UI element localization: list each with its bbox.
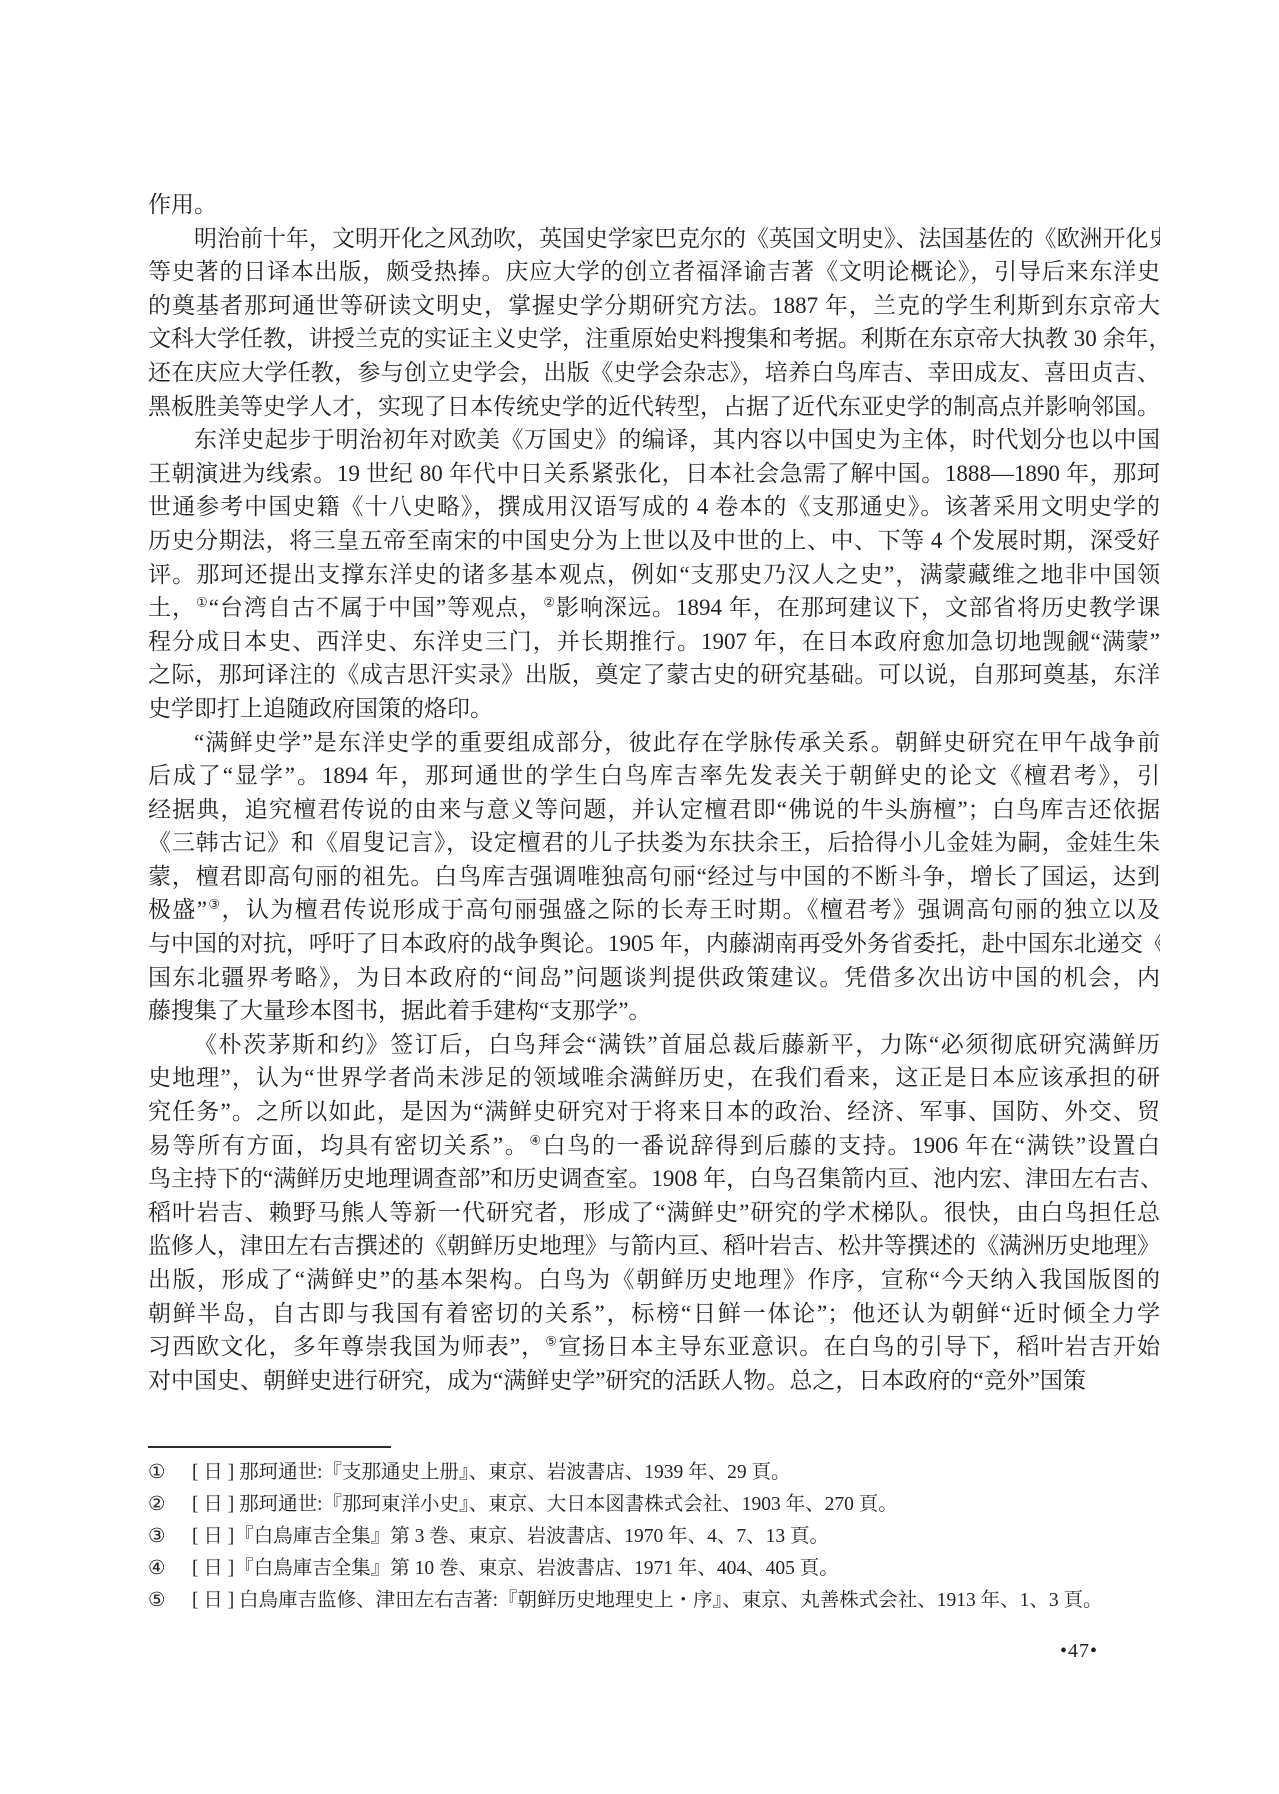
footnote-text: [ 日 ] 那珂通世:『支那通史上册』、東京、岩波書店、1939 年、29 頁。 <box>192 1458 1148 1488</box>
text-line: 黑板胜美等史学人才，实现了日本传统史学的近代转型，占据了近代东亚史学的制高点并影… <box>148 390 1160 424</box>
footnote-list: ①[ 日 ] 那珂通世:『支那通史上册』、東京、岩波書店、1939 年、29 頁… <box>148 1458 1148 1616</box>
text-line: 评。那珂还提出支撑东洋史的诸多基本观点，例如“支那史乃汉人之史”，满蒙藏维之地非… <box>148 558 1160 592</box>
text-line: 究任务”。之所以如此，是因为“满鲜史研究对于将来日本的政治、经济、军事、国防、外… <box>148 1095 1160 1129</box>
footnote-marker-inline: ⑤ <box>545 1334 558 1349</box>
text-line: 后成了“显学”。1894 年，那珂通世的学生白鸟库吉率先发表关于朝鲜史的论文《檀… <box>148 759 1160 793</box>
text-line: 的奠基者那珂通世等研读文明史，掌握史学分期研究方法。1887 年，兰克的学生利斯… <box>148 289 1160 323</box>
text-line: 东洋史起步于明治初年对欧美《万国史》的编译，其内容以中国史为主体，时代划分也以中… <box>148 423 1160 457</box>
text-line: 还在庆应大学任教，参与创立史学会，出版《史学会杂志》，培养白鸟库吉、幸田成友、喜… <box>148 356 1160 390</box>
text-line: “满鲜史学”是东洋史学的重要组成部分，彼此存在学脉传承关系。朝鲜史研究在甲午战争… <box>148 726 1160 760</box>
footnote-marker-inline: ① <box>196 594 209 609</box>
text-line: 史地理”，认为“世界学者尚未涉足的领域唯余满鲜历史，在我们看来，这正是日本应该承… <box>148 1061 1160 1095</box>
text-line: 世通参考中国史籍《十八史略》，撰成用汉语写成的 4 卷本的《支那通史》。该著采用… <box>148 490 1160 524</box>
text-line: 易等所有方面，均具有密切关系”。④白鸟的一番说辞得到后藤的支持。1906 年在“… <box>148 1129 1160 1163</box>
text-line: 稻叶岩吉、赖野马熊人等新一代研究者，形成了“满鲜史”研究的学术梯队。很快，由白鸟… <box>148 1196 1160 1230</box>
footnote-marker: ④ <box>148 1554 192 1584</box>
footnote-item: ②[ 日 ] 那珂通世:『那珂東洋小史』、東京、大日本図書株式会社、1903 年… <box>148 1490 1148 1520</box>
text-line: 王朝演进为线索。19 世纪 80 年代中日关系紧张化，日本社会急需了解中国。18… <box>148 457 1160 491</box>
article-body: 作用。明治前十年，文明开化之风劲吹，英国史学家巴克尔的《英国文明史》、法国基佐的… <box>148 188 1160 1397</box>
text-line: 极盛”③，认为檀君传说形成于高句丽强盛之际的长寿王时期。《檀君考》强调高句丽的独… <box>148 893 1160 927</box>
text-line: 历史分期法，将三皇五帝至南宋的中国史分为上世以及中世的上、中、下等 4 个发展时… <box>148 524 1160 558</box>
text-line: 等史著的日译本出版，颇受热捧。庆应大学的创立者福泽谕吉著《文明论概论》，引导后来… <box>148 255 1160 289</box>
footnote-section: ①[ 日 ] 那珂通世:『支那通史上册』、東京、岩波書店、1939 年、29 頁… <box>148 1446 1148 1618</box>
text-line: 《朴茨茅斯和约》签订后，白鸟拜会“满铁”首届总裁后藤新平，力陈“必须彻底研究满鲜… <box>148 1028 1160 1062</box>
footnote-marker: ③ <box>148 1522 192 1552</box>
text-line: 《三韩古记》和《眉叟记言》，设定檀君的儿子扶娄为东扶余王，后拾得小儿金娃为嗣，金… <box>148 826 1160 860</box>
paragraph: 《朴茨茅斯和约》签订后，白鸟拜会“满铁”首届总裁后藤新平，力陈“必须彻底研究满鲜… <box>148 1028 1160 1398</box>
footnote-text: [ 日 ]『白鳥庫吉全集』第 10 巻、東京、岩波書店、1971 年、404、4… <box>192 1554 1148 1584</box>
footnote-marker: ⑤ <box>148 1586 192 1616</box>
footnote-marker-inline: ③ <box>207 897 221 912</box>
footnote-item: ③[ 日 ]『白鳥庫吉全集』第 3 巻、東京、岩波書店、1970 年、4、7、1… <box>148 1522 1148 1552</box>
text-line: 鸟主持下的“满鲜历史地理调查部”和历史调查室。1908 年，白鸟召集箭内亘、池内… <box>148 1162 1160 1196</box>
paragraph: 东洋史起步于明治初年对欧美《万国史》的编译，其内容以中国史为主体，时代划分也以中… <box>148 423 1160 725</box>
document-page: 作用。明治前十年，文明开化之风劲吹，英国史学家巴克尔的《英国文明史》、法国基佐的… <box>0 0 1279 1794</box>
text-line: 程分成日本史、西洋史、东洋史三门，并长期推行。1907 年，在日本政府愈加急切地… <box>148 625 1160 659</box>
text-line: 作用。 <box>148 188 1160 222</box>
page-number: •47• <box>1060 1640 1098 1663</box>
paragraph: 明治前十年，文明开化之风劲吹，英国史学家巴克尔的《英国文明史》、法国基佐的《欧洲… <box>148 222 1160 424</box>
footnote-item: ①[ 日 ] 那珂通世:『支那通史上册』、東京、岩波書店、1939 年、29 頁… <box>148 1458 1148 1488</box>
footnote-marker: ② <box>148 1490 192 1520</box>
text-line: 国东北疆界考略》，为日本政府的“间岛”问题谈判提供政策建议。凭借多次出访中国的机… <box>148 961 1160 995</box>
text-line: 经据典，追究檀君传说的由来与意义等问题，并认定檀君即“佛说的牛头旃檀”；白鸟库吉… <box>148 793 1160 827</box>
footnote-item: ⑤[ 日 ] 白鳥庫吉监修、津田左右吉著:『朝鲜历史地理史上・序』、東京、丸善株… <box>148 1586 1148 1616</box>
text-line: 蒙，檀君即高句丽的祖先。白鸟库吉强调唯独高句丽“经过与中国的不断斗争，增长了国运… <box>148 860 1160 894</box>
footnote-text: [ 日 ] 白鳥庫吉监修、津田左右吉著:『朝鲜历史地理史上・序』、東京、丸善株式… <box>192 1586 1148 1616</box>
text-line: 对中国史、朝鲜史进行研究，成为“满鲜史学”研究的活跃人物。总之，日本政府的“竞外… <box>148 1364 1160 1398</box>
text-line: 史学即打上追随政府国策的烙印。 <box>148 692 1160 726</box>
footnote-marker: ① <box>148 1458 192 1488</box>
text-line: 土，①“台湾自古不属于中国”等观点，②影响深远。1894 年，在那珂建议下，文部… <box>148 591 1160 625</box>
text-line: 监修人，津田左右吉撰述的《朝鲜历史地理》与箭内亘、稻叶岩吉、松井等撰述的《满洲历… <box>148 1229 1160 1263</box>
text-line: 文科大学任教，讲授兰克的实证主义史学，注重原始史料搜集和考据。利斯在东京帝大执教… <box>148 322 1160 356</box>
footnote-separator <box>148 1446 391 1448</box>
text-line: 与中国的对抗，呼吁了日本政府的战争舆论。1905 年，内藤湖南再受外务省委托，赴… <box>148 927 1160 961</box>
text-line: 出版，形成了“满鲜史”的基本架构。白鸟为《朝鲜历史地理》作序，宣称“今天纳入我国… <box>148 1263 1160 1297</box>
text-line: 之际，那珂译注的《成吉思汗实录》出版，奠定了蒙古史的研究基础。可以说，自那珂奠基… <box>148 658 1160 692</box>
text-line: 藤搜集了大量珍本图书，据此着手建构“支那学”。 <box>148 994 1160 1028</box>
text-line: 明治前十年，文明开化之风劲吹，英国史学家巴克尔的《英国文明史》、法国基佐的《欧洲… <box>148 222 1160 256</box>
footnote-marker-inline: ② <box>543 594 556 609</box>
text-line: 朝鲜半岛，自古即与我国有着密切的关系”，标榜“日鲜一体论”；他还认为朝鲜“近时倾… <box>148 1297 1160 1331</box>
paragraph: “满鲜史学”是东洋史学的重要组成部分，彼此存在学脉传承关系。朝鲜史研究在甲午战争… <box>148 726 1160 1028</box>
footnote-item: ④[ 日 ]『白鳥庫吉全集』第 10 巻、東京、岩波書店、1971 年、404、… <box>148 1554 1148 1584</box>
footnote-marker-inline: ④ <box>529 1132 542 1147</box>
text-line: 习西欧文化，多年尊崇我国为师表”，⑤宣扬日本主导东亚意识。在白鸟的引导下，稻叶岩… <box>148 1330 1160 1364</box>
footnote-text: [ 日 ] 那珂通世:『那珂東洋小史』、東京、大日本図書株式会社、1903 年、… <box>192 1490 1148 1520</box>
footnote-text: [ 日 ]『白鳥庫吉全集』第 3 巻、東京、岩波書店、1970 年、4、7、13… <box>192 1522 1148 1552</box>
paragraph: 作用。 <box>148 188 1160 222</box>
